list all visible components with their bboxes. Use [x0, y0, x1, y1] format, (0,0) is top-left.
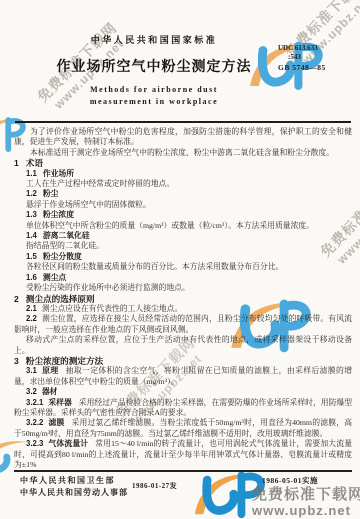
term-title-line: 1.6测尘点 — [14, 273, 352, 283]
clause-body: 测尘位置，应选择在接尘人员经常活动的范围内，且粉尘分布较均匀处的呼吸带。有风流影… — [14, 314, 352, 333]
section-title: 术语 — [26, 158, 43, 168]
term-item: 1.5粉尘分散度 各粒径区间的粉尘数量或质量分布的百分比。本方法采用数量分布百分… — [14, 252, 352, 273]
clause-paragraph: 3.2.3气体流量计常用15～40 l/min的转子流量计，也可用涡轮式气体流量… — [14, 439, 352, 470]
footer-rule — [14, 470, 352, 472]
clause-paragraph: 2.1测尘点应设在有代表性的工人接尘地点。 — [14, 304, 352, 314]
section-number: 1 — [14, 158, 19, 168]
term-item: 1.2粉尘 悬浮于作业场所空气中的固体微粒。 — [14, 189, 352, 210]
watermark-bottom-right: 免费标准下载网 www.upbz.net — [252, 483, 360, 518]
standard-title-english-line1: Methods for airborne dust — [0, 84, 308, 96]
standard-code: GB 5748—85 — [278, 63, 326, 72]
term-item: 1.3粉尘浓度 单位体积空气中所含粉尘的质量（mg/m³）或数量（粒/cm³）。… — [14, 210, 352, 231]
term-number: 1.1 — [26, 169, 37, 178]
udc-line1: UDC 613.633 — [278, 44, 318, 53]
clause-number: 2.1 — [26, 304, 37, 313]
clause-number: 3.2.1 — [26, 398, 43, 407]
term-definition: 单位体积空气中所含粉尘的质量（mg/m³）或数量（粒/cm³）。本方法采用质量浓… — [14, 221, 352, 231]
term-title-line: 1.4游离二氧化硅 — [14, 231, 352, 241]
udc-line2: :543 — [278, 53, 318, 62]
term-number: 1.6 — [26, 273, 37, 282]
clause-paragraph: 移动式产尘点的采样位置，应位于生产活动中有代表性的地点，或将采样器架设于移动设备… — [14, 335, 352, 356]
term-number: 1.5 — [26, 252, 37, 261]
clause-body: 测尘点应设在有代表性的工人接尘地点。 — [42, 304, 182, 313]
section-title: 粉尘浓度的测定方法 — [26, 356, 103, 366]
document-body: 为了评价作业场所空气中粉尘的危害程度，加强防尘措施的科学管理，保护职工的安全和健… — [14, 127, 352, 470]
upbz-logo-icon — [190, 466, 268, 519]
term-number: 1.3 — [26, 210, 37, 219]
clause-body: 移动式产尘点的采样位置，应位于生产活动中有代表性的地点，或将采样器架设于移动设备… — [14, 335, 352, 354]
term-title-line: 1.2粉尘 — [14, 189, 352, 199]
clause-label: 原理 — [42, 366, 59, 375]
term-definition: 各粒径区间的粉尘数量或质量分布的百分比。本方法采用数量分布百分比。 — [14, 262, 352, 272]
term-number: 1.2 — [26, 189, 37, 198]
clause-body: 抽取一定体积的含尘空气，将粉尘阻留在已知质量的滤膜上，由采样后滤膜的增量，求出单… — [14, 366, 352, 385]
term-title-line: 1.5粉尘分散度 — [14, 252, 352, 262]
term-definition: 悬浮于作业场所空气中的固体微粒。 — [14, 200, 352, 210]
term-title: 测尘点 — [43, 273, 66, 282]
clause-number: 3.2.3 — [26, 439, 43, 448]
section-title: 测尘点的选择原则 — [26, 294, 95, 304]
term-item: 1.1作业场所 工人在生产过程中经常或定时停留的地点。 — [14, 169, 352, 190]
clause-paragraph: 3.1原理抽取一定体积的含尘空气，将粉尘阻留在已知质量的滤膜上，由采样后滤膜的增… — [14, 366, 352, 387]
section-heading-3: 3粉尘浓度的测定方法 — [14, 356, 352, 366]
term-item: 1.4游离二氧化硅 指结晶型的二氧化硅。 — [14, 231, 352, 252]
clause-paragraph: 3.2.1采样器采用经过产品检验合格的粉尘采样器，在需要防爆的作业场所采样时，用… — [14, 398, 352, 419]
term-definition: 指结晶型的二氧化硅。 — [14, 241, 352, 251]
intro-paragraph: 本标准适用于测定作业场所空气中的粉尘浓度、粉尘中游离二氧化硅含量和粉尘分散度。 — [14, 148, 352, 158]
implement-date: 1986-05-01实施 — [262, 475, 318, 486]
section-number: 2 — [14, 294, 19, 304]
section-heading-2: 2测尘点的选择原则 — [14, 294, 352, 304]
clause-number: 2.2 — [26, 314, 37, 323]
section-heading-1: 1术语 — [14, 158, 352, 168]
standard-authority: 中华人民共和国国家标准 — [0, 33, 308, 46]
standard-document-page: 免费标准下载网 www.upbz.net 免费标准下载网 www.upbz.ne… — [0, 0, 360, 519]
term-title-line: 1.1作业场所 — [14, 169, 352, 179]
udc-number: UDC 613.633 :543 — [278, 44, 318, 61]
header-rule — [15, 121, 351, 123]
watermark-site-url: www.upbz.net — [252, 503, 360, 518]
term-title-line: 1.3粉尘浓度 — [14, 210, 352, 220]
publisher-line-1: 中华人民共和国卫生部 — [20, 475, 115, 486]
clause-paragraph: 3.2.2滤膜采用过氯乙烯纤维滤膜。当粉尘浓度低于50mg/m³时，用直径为40… — [14, 418, 352, 439]
issue-date: 1986-01-27发 — [132, 481, 177, 491]
standard-title-english-line2: measurement in workplace — [0, 96, 308, 108]
section-number: 3 — [14, 356, 19, 366]
term-number: 1.4 — [26, 231, 37, 240]
clause-label: 气体流量计 — [48, 439, 88, 448]
term-definition: 工人在生产过程中经常或定时停留的地点。 — [14, 179, 352, 189]
term-title: 粉尘分散度 — [43, 252, 82, 261]
term-title: 游离二氧化硅 — [43, 231, 90, 240]
clause-label: 器材 — [42, 387, 58, 396]
clause-label: 采样器 — [48, 398, 71, 407]
intro-paragraph: 为了评价作业场所空气中粉尘的危害程度，加强防尘措施的科学管理，保护职工的安全和健… — [14, 127, 352, 148]
term-definition: 受粉尘污染的作业场所中必须进行监测的地点。 — [14, 283, 352, 293]
clause-number: 3.2 — [26, 387, 37, 396]
clause-paragraph: 3.2器材 — [14, 387, 352, 397]
clause-number: 3.1 — [26, 366, 37, 375]
standard-title: 作业场所空气中粉尘测定方法 — [0, 56, 308, 76]
standard-title-english: Methods for airborne dust measurement in… — [0, 84, 308, 108]
term-title: 粉尘浓度 — [43, 210, 74, 219]
term-item: 1.6测尘点 受粉尘污染的作业场所中必须进行监测的地点。 — [14, 273, 352, 294]
clause-label: 滤膜 — [48, 418, 64, 427]
clause-paragraph: 2.2测尘位置，应选择在接尘人员经常活动的范围内，且粉尘分布较均匀处的呼吸带。有… — [14, 314, 352, 335]
watermark-site-name: 免费标准下载网 — [252, 483, 360, 504]
term-title: 作业场所 — [43, 169, 74, 178]
clause-number: 3.2.2 — [26, 418, 43, 427]
publisher-line-2: 中华人民共和国劳动人事部 — [20, 487, 128, 498]
term-title: 粉尘 — [43, 189, 59, 198]
